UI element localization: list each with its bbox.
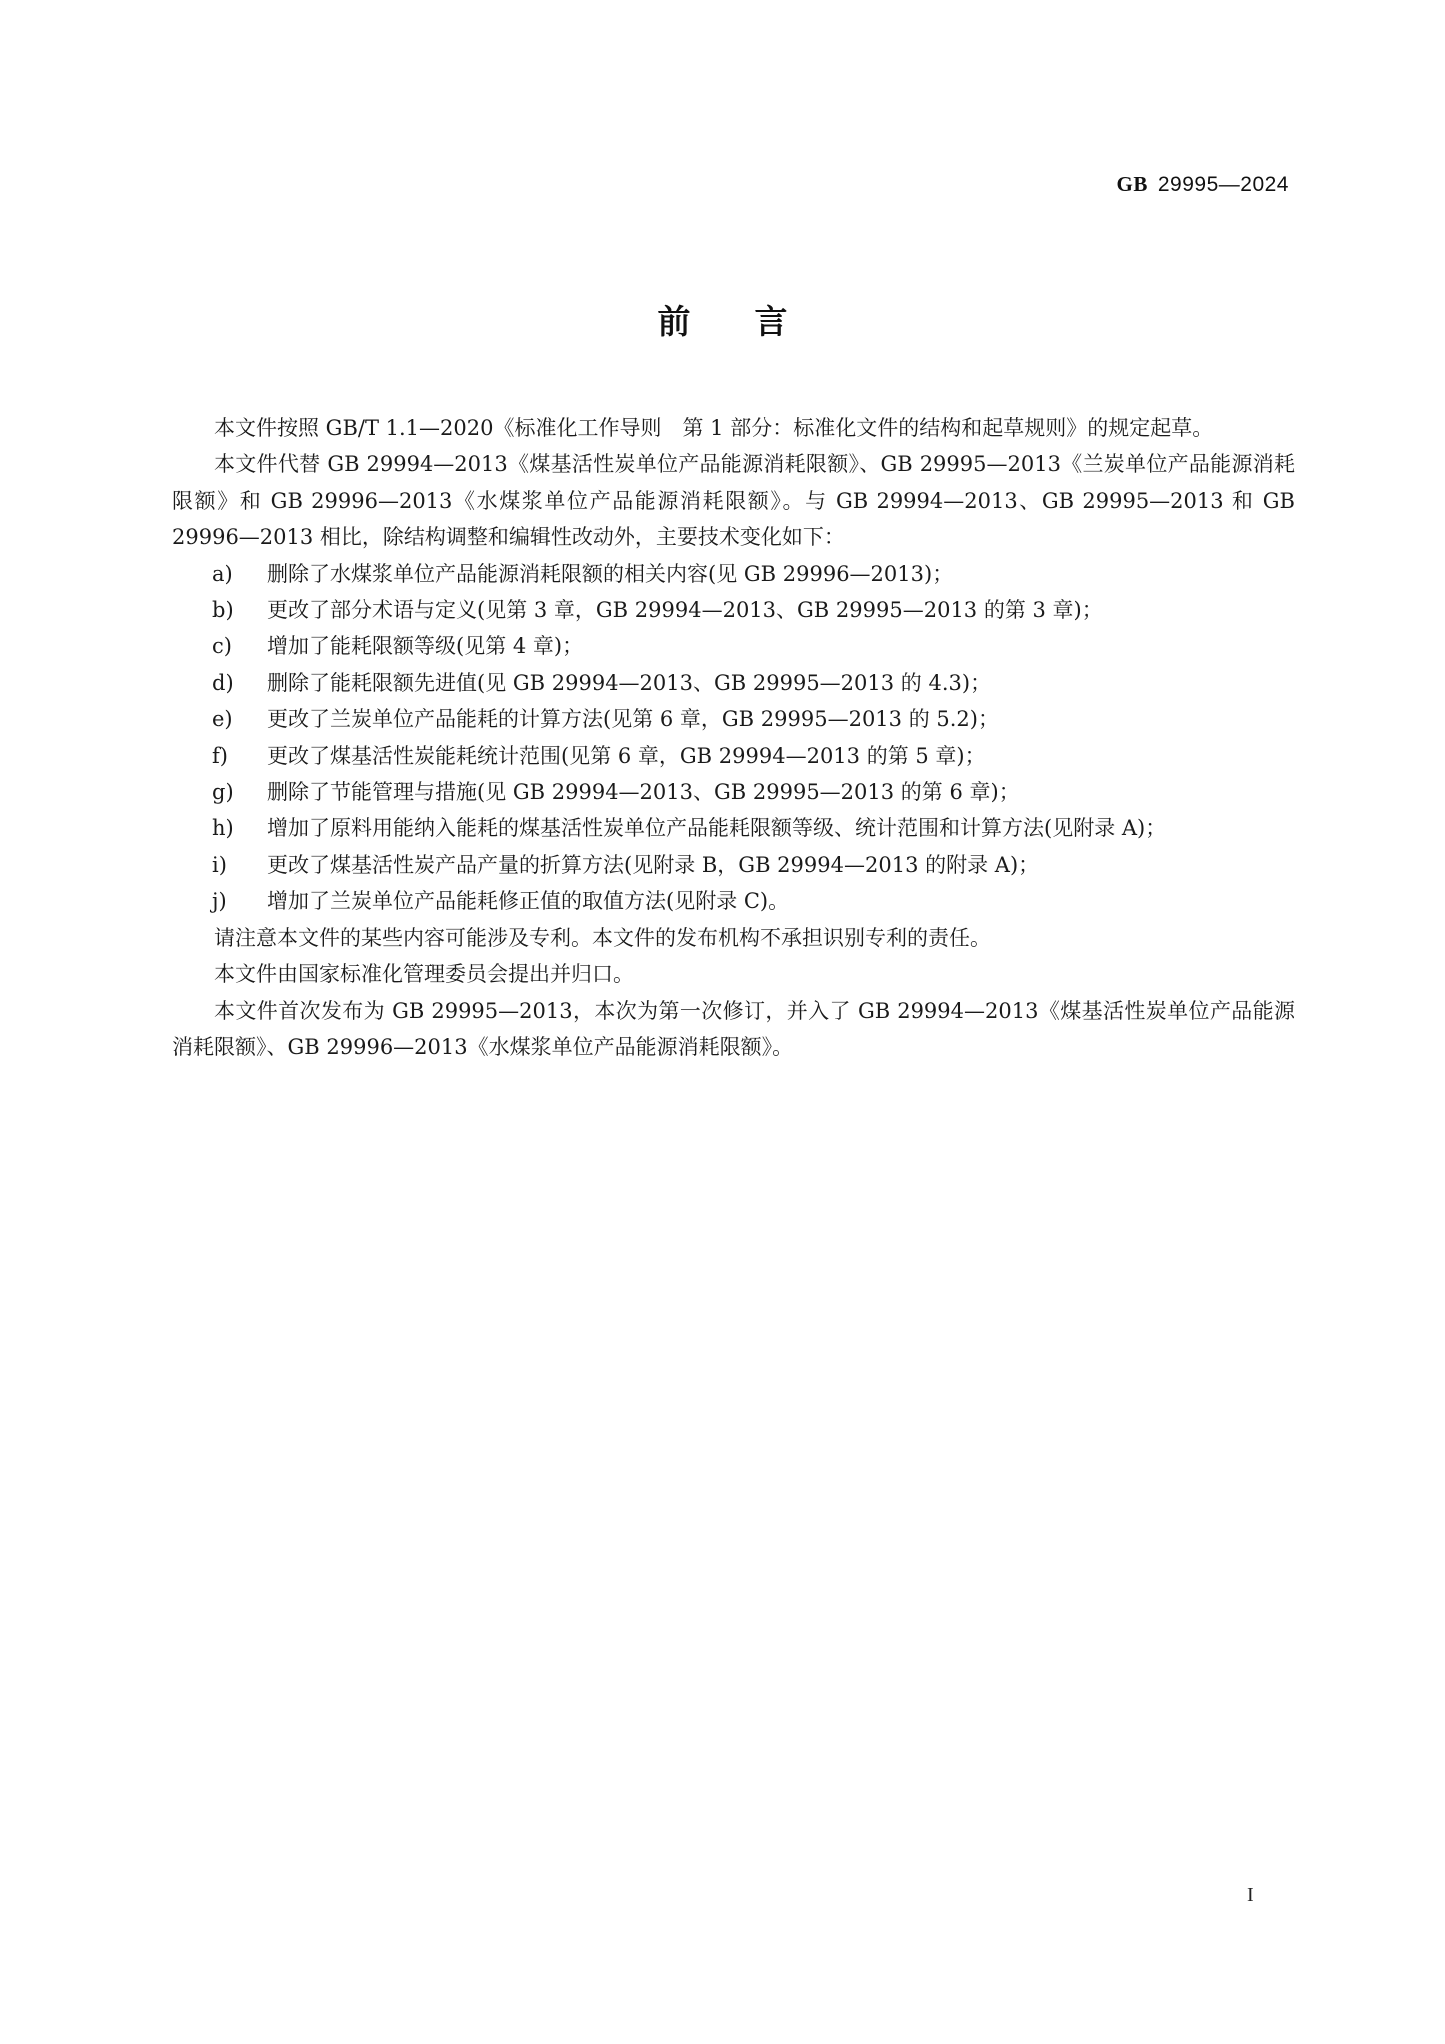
- list-text: 删除了节能管理与措施(见 GB 29994—2013、GB 29995—2013…: [212, 774, 1295, 810]
- list-item: i) 更改了煤基活性炭产品产量的折算方法(见附录 B，GB 29994—2013…: [172, 847, 1295, 883]
- list-text: 增加了能耗限额等级(见第 4 章)；: [212, 628, 1295, 664]
- title-char-1: 前: [658, 302, 691, 341]
- doc-prefix: GB: [1117, 172, 1148, 196]
- title-char-2: 言: [755, 302, 788, 341]
- list-item: e) 更改了兰炭单位产品能耗的计算方法(见第 6 章，GB 29995—2013…: [172, 701, 1295, 737]
- paragraph-drafting-rules: 本文件按照 GB/T 1.1—2020《标准化工作导则 第 1 部分：标准化文件…: [172, 410, 1295, 446]
- list-marker: h): [212, 810, 252, 846]
- page-title: 前言: [0, 296, 1445, 343]
- paragraph-proposer: 本文件由国家标准化管理委员会提出并归口。: [172, 956, 1295, 992]
- list-item: a) 删除了水煤浆单位产品能源消耗限额的相关内容(见 GB 29996—2013…: [172, 556, 1295, 592]
- list-item: h) 增加了原料用能纳入能耗的煤基活性炭单位产品能耗限额等级、统计范围和计算方法…: [172, 810, 1295, 846]
- list-item: j) 增加了兰炭单位产品能耗修正值的取值方法(见附录 C)。: [172, 883, 1295, 919]
- list-marker: d): [212, 665, 252, 701]
- list-marker: b): [212, 592, 252, 628]
- list-item: c) 增加了能耗限额等级(见第 4 章)；: [172, 628, 1295, 664]
- doc-number: 29995—2024: [1158, 173, 1289, 196]
- document-page: GB29995—2024 前言 本文件按照 GB/T 1.1—2020《标准化工…: [0, 0, 1445, 2044]
- list-item: f) 更改了煤基活性炭能耗统计范围(见第 6 章，GB 29994—2013 的…: [172, 738, 1295, 774]
- document-code: GB29995—2024: [1117, 172, 1289, 197]
- list-marker: f): [212, 738, 252, 774]
- paragraph-patent-notice: 请注意本文件的某些内容可能涉及专利。本文件的发布机构不承担识别专利的责任。: [172, 920, 1295, 956]
- list-text: 删除了能耗限额先进值(见 GB 29994—2013、GB 29995—2013…: [212, 665, 1295, 701]
- list-text: 更改了煤基活性炭产品产量的折算方法(见附录 B，GB 29994—2013 的附…: [212, 847, 1295, 883]
- list-item: g) 删除了节能管理与措施(见 GB 29994—2013、GB 29995—2…: [172, 774, 1295, 810]
- list-marker: i): [212, 847, 252, 883]
- list-marker: g): [212, 774, 252, 810]
- list-marker: c): [212, 628, 252, 664]
- paragraph-history: 本文件首次发布为 GB 29995—2013，本次为第一次修订，并入了 GB 2…: [172, 993, 1295, 1066]
- list-text: 更改了部分术语与定义(见第 3 章，GB 29994—2013、GB 29995…: [212, 592, 1295, 628]
- list-text: 更改了兰炭单位产品能耗的计算方法(见第 6 章，GB 29995—2013 的 …: [212, 701, 1295, 737]
- list-marker: j): [212, 883, 252, 919]
- page-number: I: [1247, 1884, 1254, 1907]
- list-text: 增加了原料用能纳入能耗的煤基活性炭单位产品能耗限额等级、统计范围和计算方法(见附…: [212, 810, 1295, 846]
- list-marker: e): [212, 701, 252, 737]
- list-item: b) 更改了部分术语与定义(见第 3 章，GB 29994—2013、GB 29…: [172, 592, 1295, 628]
- list-text: 删除了水煤浆单位产品能源消耗限额的相关内容(见 GB 29996—2013)；: [212, 556, 1295, 592]
- list-text: 增加了兰炭单位产品能耗修正值的取值方法(见附录 C)。: [212, 883, 1295, 919]
- paragraph-replacement: 本文件代替 GB 29994—2013《煤基活性炭单位产品能源消耗限额》、GB …: [172, 446, 1295, 555]
- list-marker: a): [212, 556, 252, 592]
- list-item: d) 删除了能耗限额先进值(见 GB 29994—2013、GB 29995—2…: [172, 665, 1295, 701]
- list-text: 更改了煤基活性炭能耗统计范围(见第 6 章，GB 29994—2013 的第 5…: [212, 738, 1295, 774]
- foreword-body: 本文件按照 GB/T 1.1—2020《标准化工作导则 第 1 部分：标准化文件…: [172, 410, 1295, 1065]
- changes-list: a) 删除了水煤浆单位产品能源消耗限额的相关内容(见 GB 29996—2013…: [172, 556, 1295, 920]
